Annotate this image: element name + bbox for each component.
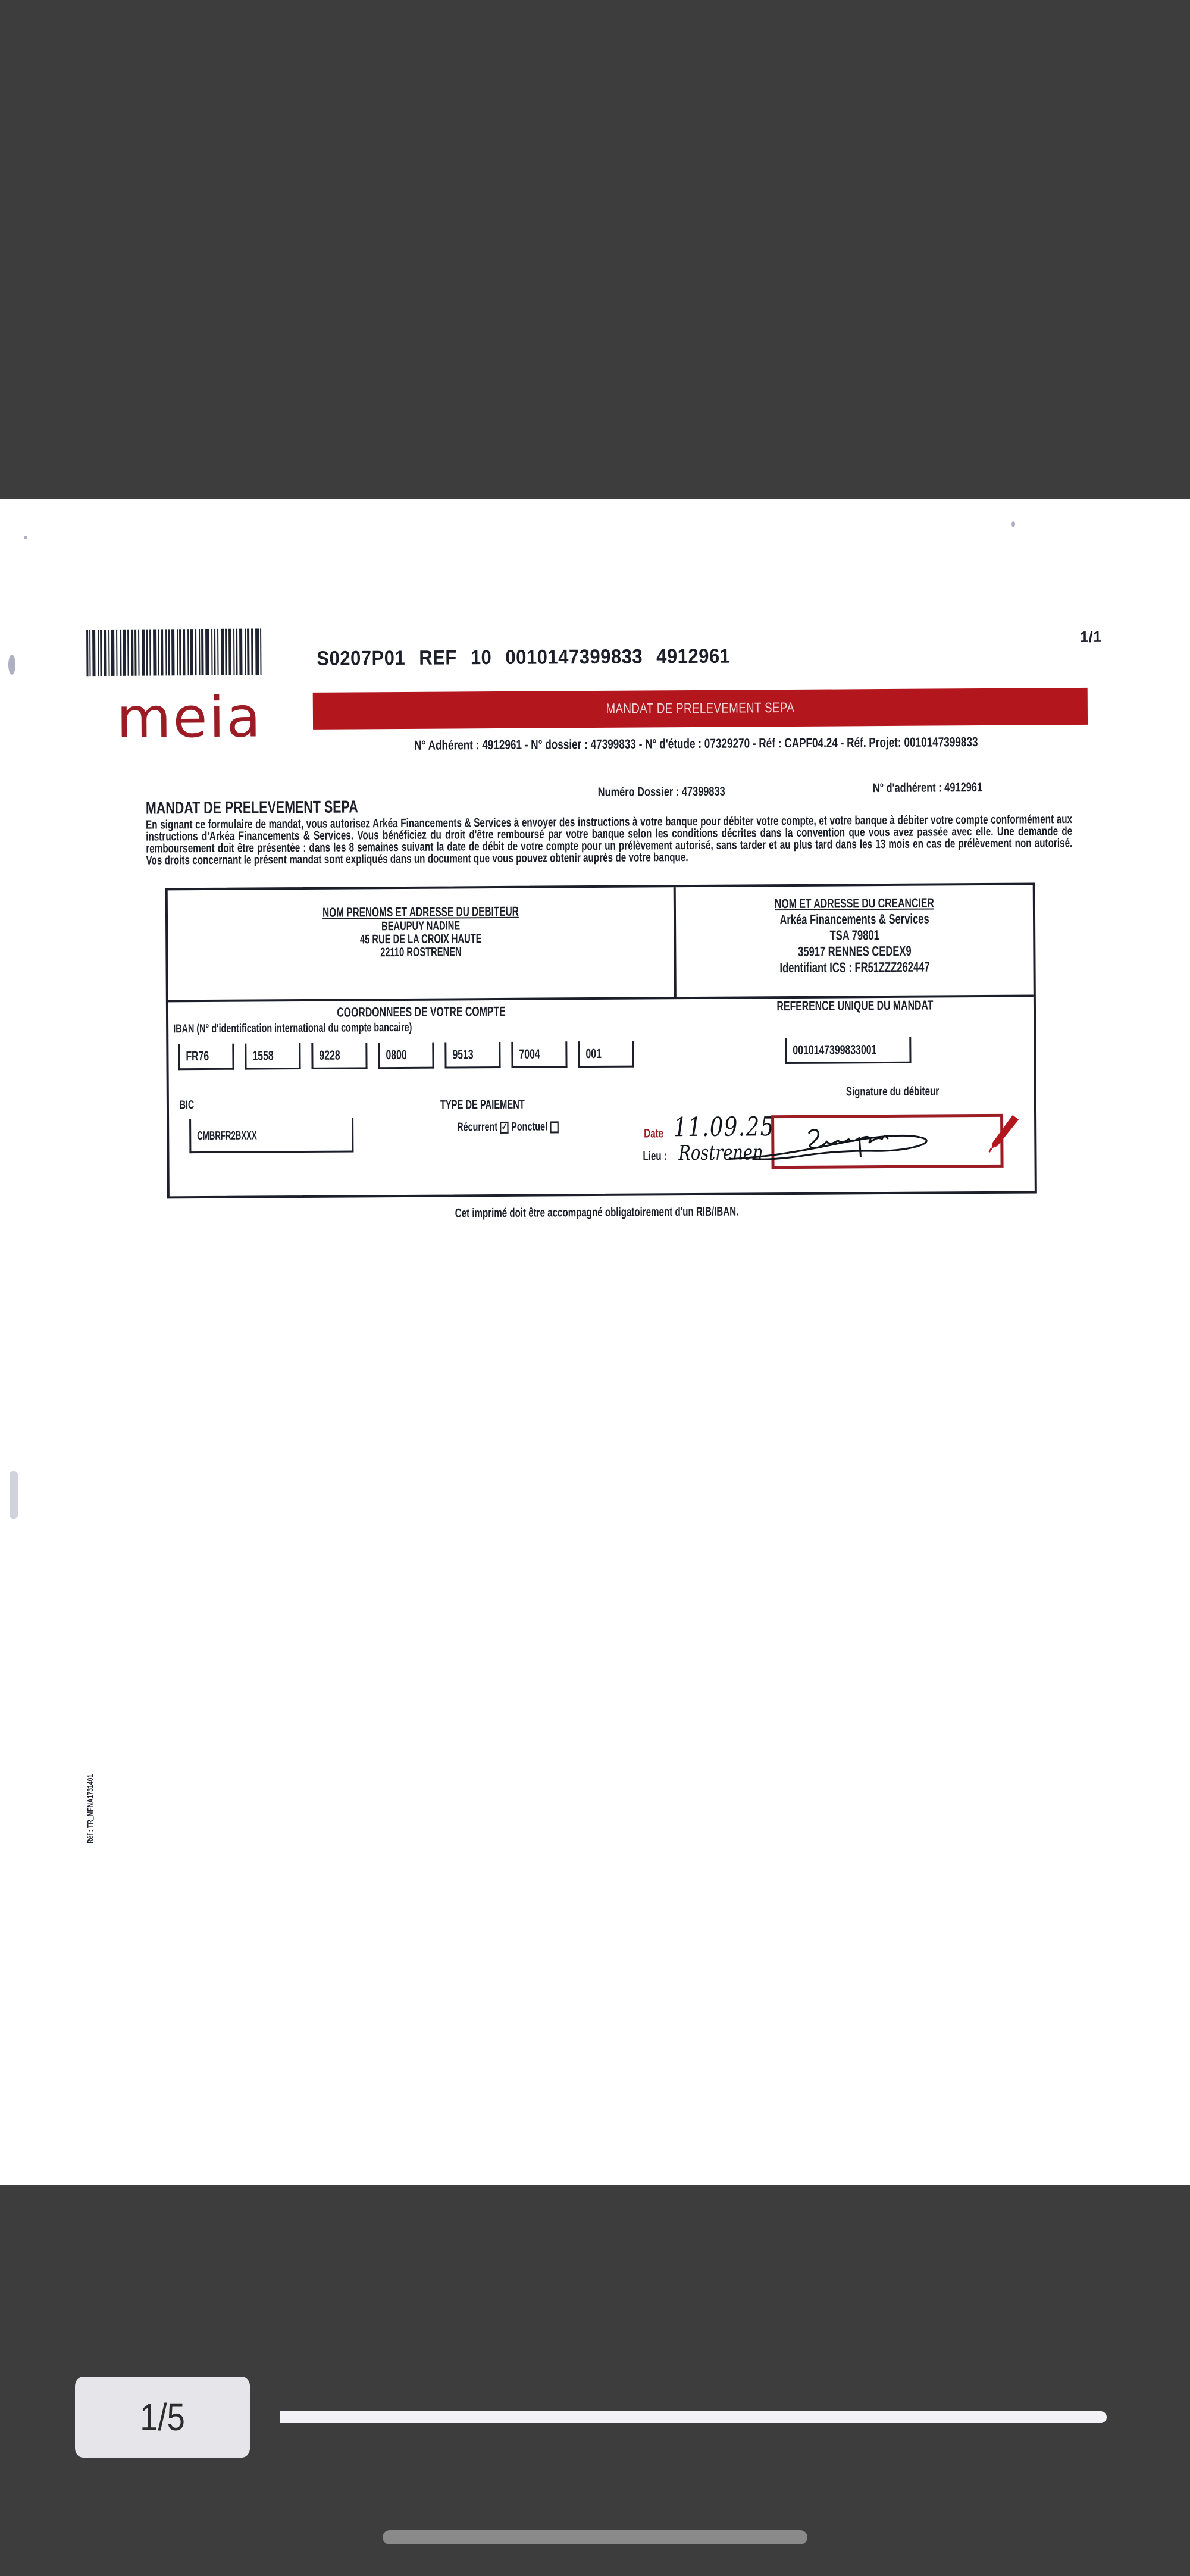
iban-segment: 7004 <box>511 1041 567 1068</box>
handwritten-signature <box>728 1120 954 1169</box>
debtor-title: NOM PRENOMS ET ADRESSE DU DEBITEUR <box>322 904 519 921</box>
creditor-section: NOM ET ADRESSE DU CREANCIER Arkéa Financ… <box>726 895 984 976</box>
numero-adherent: N° d'adhérent : 4912961 <box>873 781 982 796</box>
debtor-name: BEAUPUY NADINE <box>381 919 460 933</box>
mandate-reference-title: REFERENCE UNIQUE DU MANDAT <box>726 997 984 1015</box>
mandate-legal-text: En signant ce formulaire de mandat, vous… <box>146 813 1073 867</box>
banner-title: MANDAT DE PRELEVEMENT SEPA <box>606 700 794 718</box>
column-divider <box>674 887 677 998</box>
meia-logo: meia <box>117 690 263 746</box>
debtor-section: NOM PRENOMS ET ADRESSE DU DEBITEUR BEAUP… <box>243 903 598 960</box>
pen-icon <box>987 1112 1022 1153</box>
footer-note: Cet imprimé doit être accompagné obligat… <box>168 1203 1025 1223</box>
creditor-title: NOM ET ADRESSE DU CREANCIER <box>775 896 934 912</box>
reference-line: N° Adhérent : 4912961 - N° dossier : 473… <box>414 734 978 753</box>
home-indicator[interactable] <box>383 2530 807 2544</box>
creditor-ics: Identifiant ICS : FR51ZZZ262447 <box>779 959 929 976</box>
barcode-icon <box>86 628 274 676</box>
mandate-heading: MANDAT DE PRELEVEMENT SEPA <box>146 797 358 818</box>
numero-dossier: Numéro Dossier : 47399833 <box>598 785 725 800</box>
signature-label: Signature du débiteur <box>846 1084 939 1099</box>
iban-segment: 9228 <box>311 1043 367 1069</box>
recurrent-checkbox: ✓ <box>500 1121 509 1133</box>
title-banner: MANDAT DE PRELEVEMENT SEPA <box>313 688 1088 730</box>
creditor-name: Arkéa Financements & Services <box>779 911 929 928</box>
iban-label: IBAN (N° d'identification international … <box>173 1021 412 1036</box>
iban-segment: FR76 <box>178 1044 234 1071</box>
ponctuel-checkbox <box>550 1121 559 1133</box>
sepa-mandate-form: S0207P01 REF 10 0010147399833 4912961 1/… <box>0 499 1190 2185</box>
account-title: COORDONNEES DE VOTRE COMPTE <box>239 1003 603 1021</box>
top-reference: S0207P01 REF 10 0010147399833 4912961 <box>317 644 730 671</box>
creditor-po-box: TSA 79801 <box>830 927 879 944</box>
mandate-form-box: NOM PRENOMS ET ADRESSE DU DEBITEUR BEAUP… <box>165 882 1037 1198</box>
iban-field: FR76 1558 9228 0800 9513 7004 001 <box>178 1041 634 1071</box>
bic-field: CMBRFR2BXXX <box>189 1118 353 1153</box>
document-page[interactable]: S0207P01 REF 10 0010147399833 4912961 1/… <box>0 499 1190 2185</box>
side-reference: Réf : TR_MFNA1731401 <box>86 1774 95 1843</box>
payment-type-options: Récurrent ✓ Ponctuel <box>457 1120 559 1134</box>
page-mark: 1/1 <box>1080 628 1101 646</box>
date-label: Date <box>644 1126 663 1141</box>
recurrent-label: Récurrent <box>457 1120 497 1134</box>
iban-segment: 001 <box>578 1041 634 1068</box>
bic-label: BIC <box>180 1098 194 1112</box>
iban-segment: 9513 <box>444 1042 500 1069</box>
iban-segment: 1558 <box>245 1043 300 1070</box>
iban-segment: 0800 <box>378 1043 434 1069</box>
page-scrubber-track[interactable] <box>280 2411 1107 2423</box>
debtor-street: 45 RUE DE LA CROIX HAUTE <box>360 932 482 946</box>
debtor-city: 22110 ROSTRENEN <box>380 946 462 959</box>
creditor-city: 35917 RENNES CEDEX9 <box>798 943 912 960</box>
page-indicator[interactable]: 1/5 <box>75 2377 250 2458</box>
payment-type-title: TYPE DE PAIEMENT <box>440 1098 525 1113</box>
place-label: Lieu : <box>643 1149 666 1163</box>
ponctuel-label: Ponctuel <box>511 1120 547 1134</box>
mandate-reference-field: 0010147399833001 <box>785 1037 911 1064</box>
viewer-top-area <box>0 0 1190 499</box>
